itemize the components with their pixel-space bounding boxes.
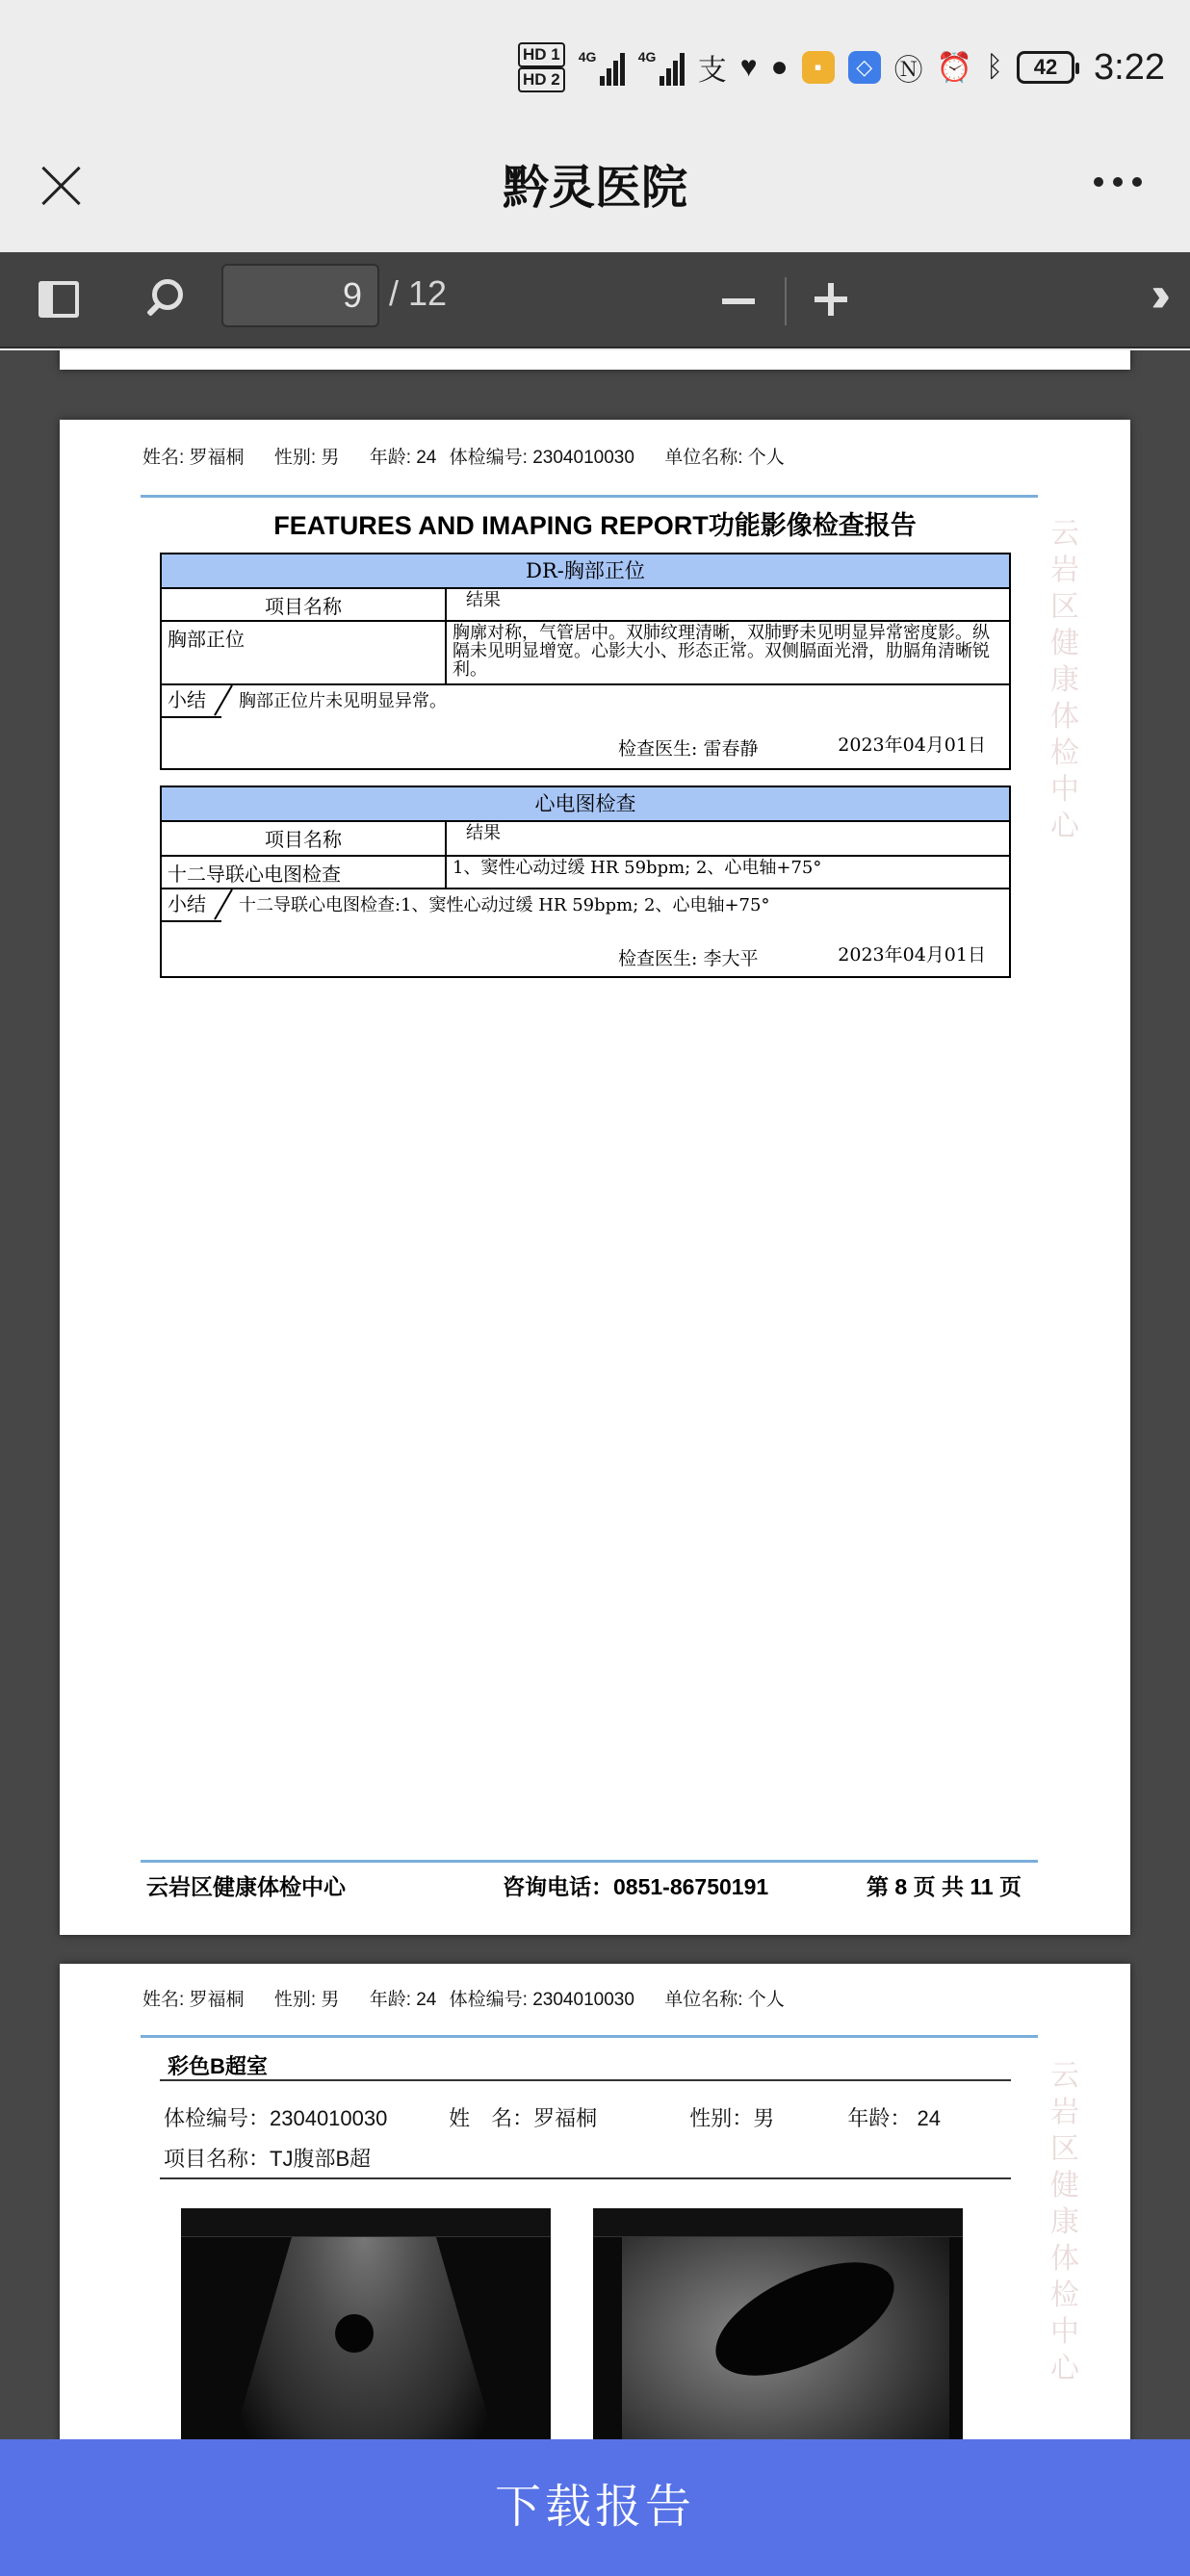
exam-date: 2023年04月01日 xyxy=(838,940,986,966)
section-heading: DR-胸部正位 xyxy=(162,554,1009,589)
pdf-page-report: 姓名: 罗福桐 性别: 男 年龄: 24 体检编号: 2304010030 单位… xyxy=(60,420,1130,1935)
zoom-in-icon[interactable] xyxy=(815,283,847,316)
app-icon: ● xyxy=(771,51,789,84)
column-header-item: 项目名称 xyxy=(162,589,447,620)
search-icon[interactable] xyxy=(142,277,181,320)
column-header-result: 结果 xyxy=(447,589,1009,620)
divider xyxy=(160,2079,1011,2081)
section-dr-chest: DR-胸部正位 项目名称 结果 胸部正位 胸廓对称，气管居中。双肺纹理清晰，双肺… xyxy=(160,553,1011,770)
heart-icon: ♥ xyxy=(740,51,758,84)
divider xyxy=(160,2177,1011,2179)
more-icon[interactable] xyxy=(1094,177,1142,187)
app-yellow-icon: ▪ xyxy=(802,51,835,84)
sidebar-toggle-icon[interactable] xyxy=(39,281,79,318)
ultrasound-image-2 xyxy=(593,2208,963,2439)
doctor-name: 检查医生: 李大平 xyxy=(618,944,758,970)
signal-icon-2: 4G xyxy=(638,49,685,86)
hd-indicator: HD 1 HD 2 xyxy=(518,42,565,92)
patient-info-row: 体检编号：2304010030 姓 名：罗福桐 性别：男 年龄： 24 xyxy=(164,2102,941,2132)
summary-label: 小结 xyxy=(162,889,220,920)
column-header-item: 项目名称 xyxy=(162,822,447,855)
ultrasound-image-1 xyxy=(181,2208,551,2439)
app-blue-icon: ◇ xyxy=(848,51,881,84)
status-bar: HD 1 HD 2 4G 4G 支 ♥ ● ▪ ◇ Ⓝ ⏰ ᛒ 42 3:22 xyxy=(0,0,1190,135)
download-report-button[interactable]: 下载报告 xyxy=(0,2439,1190,2576)
signal-icon: 4G xyxy=(579,49,625,86)
summary-label: 小结 xyxy=(162,685,220,716)
battery-icon: 42 xyxy=(1017,51,1074,84)
toolbar-divider xyxy=(785,277,787,325)
alarm-icon: ⏰ xyxy=(937,51,972,85)
item-name: 项目名称：TJ腹部B超 xyxy=(164,2143,371,2173)
table-row: 十二导联心电图检查 1、窦性心动过缓 HR 59bpm; 2、心电轴+75° xyxy=(162,857,1009,889)
footer-rule xyxy=(141,1860,1038,1863)
bluetooth-icon: ᛒ xyxy=(986,51,1003,84)
section-title: 彩色B超室 xyxy=(168,2050,268,2080)
header-rule xyxy=(141,495,1038,498)
footer-page-number: 第 8 页 共 11 页 xyxy=(867,1869,1022,1901)
table-row: 胸部正位 胸廓对称，气管居中。双肺纹理清晰，双肺野未见明显异常密度影。纵隔未见明… xyxy=(162,622,1009,685)
summary-text: 胸部正位片未见明显异常。 xyxy=(239,687,447,712)
footer-phone: 咨询电话：0851-86750191 xyxy=(503,1869,768,1901)
column-header-result: 结果 xyxy=(447,822,1009,855)
exam-date: 2023年04月01日 xyxy=(838,731,986,757)
nav-bar: 黔灵医院 xyxy=(0,135,1190,252)
summary: 小结 胸部正位片未见明显异常。 检查医生: 雷春静 2023年04月01日 xyxy=(162,685,1009,766)
pdf-page-ultrasound: 姓名: 罗福桐 性别: 男 年龄: 24 体检编号: 2304010030 单位… xyxy=(60,1964,1130,2439)
watermark: 云岩区健康体检中心 xyxy=(1046,2058,1084,2387)
doctor-name: 检查医生: 雷春静 xyxy=(618,734,758,760)
section-heading: 心电图检查 xyxy=(162,787,1009,822)
zoom-out-icon[interactable] xyxy=(722,298,755,304)
patient-header: 姓名: 罗福桐 性别: 男 年龄: 24 体检编号: 2304010030 单位… xyxy=(142,443,1038,469)
alipay-icon: 支 xyxy=(698,46,727,89)
clock: 3:22 xyxy=(1094,47,1165,89)
pdf-page-previous xyxy=(60,350,1130,370)
report-title: FEATURES AND IMAPING REPORT功能影像检查报告 xyxy=(60,504,1130,542)
page-number-input[interactable]: 9 xyxy=(221,264,379,327)
more-tools-icon[interactable]: ›› xyxy=(1151,266,1157,323)
page-total: / 12 xyxy=(389,273,447,314)
pdf-viewer[interactable]: 姓名: 罗福桐 性别: 男 年龄: 24 体检编号: 2304010030 单位… xyxy=(0,350,1190,2439)
page-title: 黔灵医院 xyxy=(0,150,1190,217)
pdf-toolbar: 9 / 12 ›› xyxy=(0,252,1190,348)
section-ecg: 心电图检查 项目名称 结果 十二导联心电图检查 1、窦性心动过缓 HR 59bp… xyxy=(160,786,1011,978)
summary: 小结 十二导联心电图检查:1、窦性心动过缓 HR 59bpm; 2、心电轴+75… xyxy=(162,889,1009,976)
nfc-icon: Ⓝ xyxy=(894,46,923,89)
watermark: 云岩区健康体检中心 xyxy=(1046,516,1084,845)
summary-text: 十二导联心电图检查:1、窦性心动过缓 HR 59bpm; 2、心电轴+75° xyxy=(239,891,769,916)
patient-header: 姓名: 罗福桐 性别: 男 年龄: 24 体检编号: 2304010030 单位… xyxy=(142,1985,1038,2011)
header-rule xyxy=(141,2035,1038,2038)
footer-center-name: 云岩区健康体检中心 xyxy=(146,1869,346,1901)
